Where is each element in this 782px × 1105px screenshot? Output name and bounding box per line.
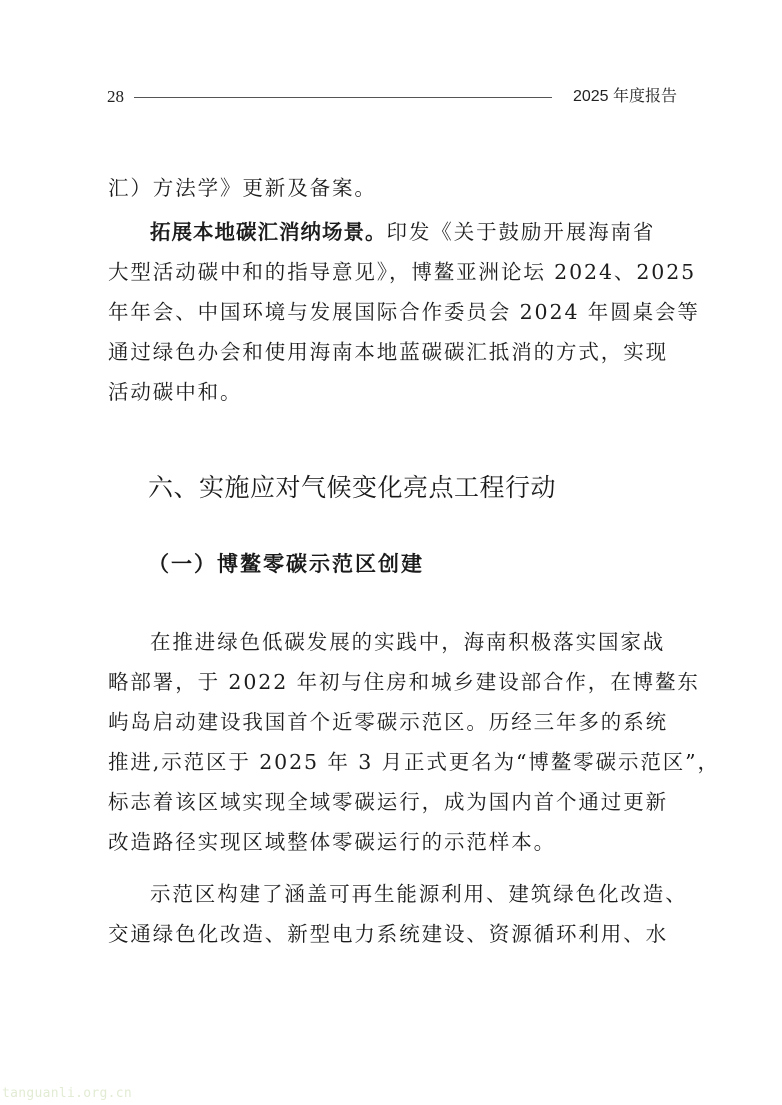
page-number: 28 <box>107 86 124 108</box>
paragraph-demo-zone-system: 示范区构建了涵盖可再生能源利用、建筑绿色化改造、 交通绿色化改造、新型电力系统建… <box>108 874 677 954</box>
watermark: tanguanli.org.cn <box>2 1086 132 1101</box>
text-line: 标志着该区域实现全域零碳运行，成为国内首个通过更新 <box>108 782 677 822</box>
text-line: 汇）方法学》更新及备案。 <box>108 168 677 208</box>
text-line: 改造路径实现区域整体零碳运行的示范样本。 <box>108 822 677 862</box>
sub-heading: （一）博鳌零碳示范区创建 <box>148 548 424 580</box>
text-line: 推进,示范区于 2025 年 3 月正式更名为“博鳌零碳示范区”， <box>108 742 677 782</box>
text-line: 大型活动碳中和的指导意见》，博鳌亚洲论坛 2024、2025 <box>108 252 677 292</box>
text-line: 年年会、中国环境与发展国际合作委员会 2024 年圆桌会等 <box>108 292 677 332</box>
page-header: 28 2025 年度报告 <box>107 86 677 110</box>
header-divider <box>134 97 552 98</box>
section-heading: 六、实施应对气候变化亮点工程行动 <box>148 470 556 506</box>
text-line: 略部署，于 2022 年初与住房和城乡建设部合作，在博鳌东 <box>108 662 677 702</box>
paragraph-boao-zero-carbon: 在推进绿色低碳发展的实践中，海南积极落实国家战 略部署，于 2022 年初与住房… <box>108 622 677 862</box>
text-line: 拓展本地碳汇消纳场景。印发《关于鼓励开展海南省 <box>108 212 677 252</box>
text-line: 交通绿色化改造、新型电力系统建设、资源循环利用、水 <box>108 914 677 954</box>
paragraph-continuation: 汇）方法学》更新及备案。 <box>108 168 677 208</box>
text-line: 通过绿色办会和使用海南本地蓝碳碳汇抵消的方式，实现 <box>108 332 677 372</box>
text-fragment: 印发《关于鼓励开展海南省 <box>387 220 656 244</box>
text-line: 屿岛启动建设我国首个近零碳示范区。历经三年多的系统 <box>108 702 677 742</box>
report-title: 2025 年度报告 <box>573 86 677 108</box>
bold-lead-phrase: 拓展本地碳汇消纳场景。 <box>150 220 387 244</box>
paragraph-local-carbon-sink: 拓展本地碳汇消纳场景。印发《关于鼓励开展海南省 大型活动碳中和的指导意见》，博鳌… <box>108 212 677 412</box>
text-line: 活动碳中和。 <box>108 372 677 412</box>
text-line: 在推进绿色低碳发展的实践中，海南积极落实国家战 <box>108 622 677 662</box>
text-line: 示范区构建了涵盖可再生能源利用、建筑绿色化改造、 <box>108 874 677 914</box>
